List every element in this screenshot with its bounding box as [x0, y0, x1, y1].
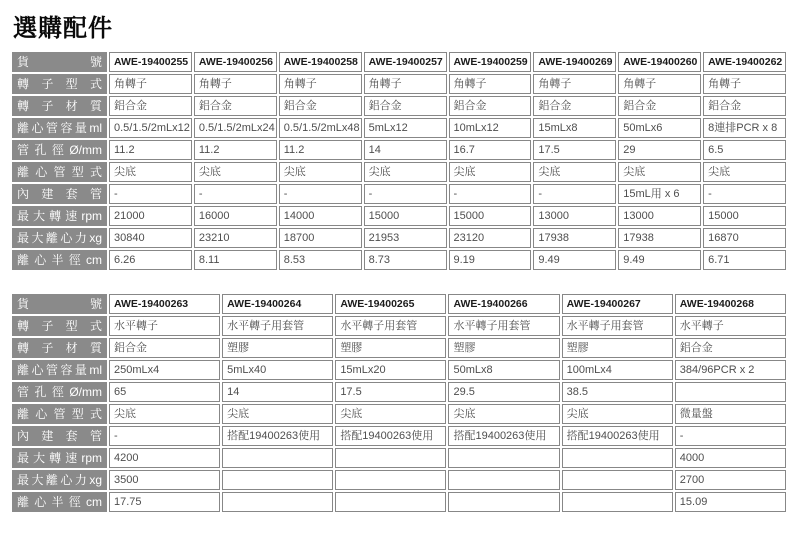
row-header: 最大離心力xg [12, 228, 107, 248]
value-cell [335, 492, 446, 512]
value-cell: - [364, 184, 447, 204]
value-cell: 尖底 [279, 162, 362, 182]
value-cell: 4000 [675, 448, 786, 468]
row-header: 轉子材質 [12, 96, 107, 116]
item-number-cell: AWE-19400268 [675, 294, 786, 314]
value-cell: 14000 [279, 206, 362, 226]
value-cell: 30840 [109, 228, 192, 248]
value-cell: 8.11 [194, 250, 277, 270]
table-row: 管孔徑Ø/mm651417.529.538.5 [12, 382, 786, 402]
value-cell: 塑膠 [562, 338, 673, 358]
value-cell: 8連排PCR x 8 [703, 118, 786, 138]
value-cell: 角轉子 [364, 74, 447, 94]
item-number-cell: AWE-19400259 [449, 52, 532, 72]
value-cell: 16000 [194, 206, 277, 226]
table-row: 轉子型式角轉子角轉子角轉子角轉子角轉子角轉子角轉子角轉子 [12, 74, 786, 94]
value-cell: 尖底 [222, 404, 333, 424]
value-cell: 21000 [109, 206, 192, 226]
value-cell: 6.71 [703, 250, 786, 270]
value-cell: 50mLx6 [618, 118, 701, 138]
value-cell: 2700 [675, 470, 786, 490]
value-cell: - [109, 184, 192, 204]
value-cell: 鋁合金 [675, 338, 786, 358]
value-cell: 100mLx4 [562, 360, 673, 380]
table-row: 離心管型式尖底尖底尖底尖底尖底尖底尖底尖底 [12, 162, 786, 182]
value-cell: 角轉子 [109, 74, 192, 94]
table-row: 最大離心力xg308402321018700219532312017938179… [12, 228, 786, 248]
value-cell: 9.19 [449, 250, 532, 270]
value-cell: 角轉子 [703, 74, 786, 94]
value-cell: 0.5/1.5/2mLx12 [109, 118, 192, 138]
value-cell: 65 [109, 382, 220, 402]
value-cell: 15mLx20 [335, 360, 446, 380]
row-header: 離心半徑cm [12, 250, 107, 270]
item-number-cell: AWE-19400264 [222, 294, 333, 314]
value-cell: 尖底 [335, 404, 446, 424]
value-cell [335, 448, 446, 468]
value-cell: 角轉子 [449, 74, 532, 94]
value-cell: 塑膠 [335, 338, 446, 358]
row-header: 離心管型式 [12, 404, 107, 424]
value-cell [448, 448, 559, 468]
value-cell: 塑膠 [222, 338, 333, 358]
value-cell: 4200 [109, 448, 220, 468]
table-row: 離心管容量ml250mLx45mLx4015mLx2050mLx8100mLx4… [12, 360, 786, 380]
value-cell: 29 [618, 140, 701, 160]
value-cell: - [449, 184, 532, 204]
value-cell: 15000 [449, 206, 532, 226]
value-cell: 角轉子 [618, 74, 701, 94]
value-cell: 鋁合金 [109, 96, 192, 116]
value-cell: 38.5 [562, 382, 673, 402]
value-cell: 尖底 [448, 404, 559, 424]
value-cell: 10mLx12 [449, 118, 532, 138]
table-row: 最大轉速rpm210001600014000150001500013000130… [12, 206, 786, 226]
value-cell: 尖底 [109, 162, 192, 182]
value-cell: 鋁合金 [279, 96, 362, 116]
value-cell: 15000 [364, 206, 447, 226]
table-row: 轉子材質鋁合金鋁合金鋁合金鋁合金鋁合金鋁合金鋁合金鋁合金 [12, 96, 786, 116]
value-cell: - [279, 184, 362, 204]
row-header: 轉子型式 [12, 316, 107, 336]
value-cell: 尖底 [449, 162, 532, 182]
value-cell: 384/96PCR x 2 [675, 360, 786, 380]
value-cell: 21953 [364, 228, 447, 248]
row-header: 離心管型式 [12, 162, 107, 182]
value-cell: 23210 [194, 228, 277, 248]
table-row: 轉子材質鋁合金塑膠塑膠塑膠塑膠鋁合金 [12, 338, 786, 358]
value-cell: 角轉子 [533, 74, 616, 94]
value-cell: 尖底 [618, 162, 701, 182]
value-cell: - [533, 184, 616, 204]
value-cell: 17938 [533, 228, 616, 248]
row-header: 管孔徑Ø/mm [12, 140, 107, 160]
value-cell: 15mLx8 [533, 118, 616, 138]
row-header: 離心管容量ml [12, 360, 107, 380]
value-cell: 0.5/1.5/2mLx24 [194, 118, 277, 138]
table-row: 轉子型式水平轉子水平轉子用套管水平轉子用套管水平轉子用套管水平轉子用套管水平轉子 [12, 316, 786, 336]
page: 選購配件 貨號AWE-19400255AWE-19400256AWE-19400… [0, 0, 800, 533]
table-row: 離心管型式尖底尖底尖底尖底尖底微量盤 [12, 404, 786, 424]
value-cell: 鋁合金 [364, 96, 447, 116]
value-cell: 角轉子 [194, 74, 277, 94]
value-cell: 13000 [618, 206, 701, 226]
value-cell [562, 470, 673, 490]
value-cell: 搭配19400263使用 [448, 426, 559, 446]
value-cell: 13000 [533, 206, 616, 226]
value-cell: 搭配19400263使用 [562, 426, 673, 446]
value-cell: 微量盤 [675, 404, 786, 424]
row-header: 內建套管 [12, 184, 107, 204]
value-cell: 6.26 [109, 250, 192, 270]
item-number-cell: AWE-19400257 [364, 52, 447, 72]
value-cell: 尖底 [364, 162, 447, 182]
value-cell: 15mL用 x 6 [618, 184, 701, 204]
table-row: 貨號AWE-19400255AWE-19400256AWE-19400258AW… [12, 52, 786, 72]
table-row: 內建套管------15mL用 x 6- [12, 184, 786, 204]
value-cell: 尖底 [194, 162, 277, 182]
value-cell: - [109, 426, 220, 446]
value-cell [675, 382, 786, 402]
row-header: 轉子型式 [12, 74, 107, 94]
value-cell: 水平轉子 [109, 316, 220, 336]
row-header: 離心半徑cm [12, 492, 107, 512]
value-cell: 鋁合金 [194, 96, 277, 116]
page-title: 選購配件 [13, 8, 113, 43]
value-cell: 水平轉子用套管 [335, 316, 446, 336]
value-cell: 水平轉子用套管 [448, 316, 559, 336]
value-cell [222, 492, 333, 512]
value-cell: 17.5 [533, 140, 616, 160]
value-cell: 17938 [618, 228, 701, 248]
value-cell: 5mLx12 [364, 118, 447, 138]
value-cell: 角轉子 [279, 74, 362, 94]
table-row: 最大轉速rpm42004000 [12, 448, 786, 468]
item-number-cell: AWE-19400262 [703, 52, 786, 72]
item-number-cell: AWE-19400267 [562, 294, 673, 314]
value-cell: 水平轉子用套管 [222, 316, 333, 336]
value-cell: 29.5 [448, 382, 559, 402]
value-cell: 14 [222, 382, 333, 402]
value-cell: 11.2 [279, 140, 362, 160]
horizontal-rotor-table: 貨號AWE-19400263AWE-19400264AWE-19400265AW… [10, 292, 788, 514]
value-cell: 5mLx40 [222, 360, 333, 380]
value-cell: 水平轉子用套管 [562, 316, 673, 336]
value-cell: 0.5/1.5/2mLx48 [279, 118, 362, 138]
item-number-cell: AWE-19400263 [109, 294, 220, 314]
value-cell [562, 448, 673, 468]
value-cell: 23120 [449, 228, 532, 248]
table-row: 貨號AWE-19400263AWE-19400264AWE-19400265AW… [12, 294, 786, 314]
value-cell: 尖底 [562, 404, 673, 424]
value-cell: 14 [364, 140, 447, 160]
value-cell [448, 492, 559, 512]
item-number-cell: AWE-19400260 [618, 52, 701, 72]
row-header: 管孔徑Ø/mm [12, 382, 107, 402]
row-header: 轉子材質 [12, 338, 107, 358]
row-header: 最大轉速rpm [12, 206, 107, 226]
value-cell: 8.53 [279, 250, 362, 270]
value-cell: 鋁合金 [618, 96, 701, 116]
table-row: 離心管容量ml0.5/1.5/2mLx120.5/1.5/2mLx240.5/1… [12, 118, 786, 138]
value-cell: 17.75 [109, 492, 220, 512]
item-number-cell: AWE-19400256 [194, 52, 277, 72]
value-cell: 11.2 [194, 140, 277, 160]
item-number-cell: AWE-19400265 [335, 294, 446, 314]
value-cell: 17.5 [335, 382, 446, 402]
value-cell: 搭配19400263使用 [222, 426, 333, 446]
value-cell: 鋁合金 [449, 96, 532, 116]
value-cell: - [194, 184, 277, 204]
value-cell: 搭配19400263使用 [335, 426, 446, 446]
row-header: 貨號 [12, 52, 107, 72]
item-number-cell: AWE-19400258 [279, 52, 362, 72]
table-row: 內建套管-搭配19400263使用搭配19400263使用搭配19400263使… [12, 426, 786, 446]
value-cell: 250mLx4 [109, 360, 220, 380]
value-cell: 15000 [703, 206, 786, 226]
row-header: 內建套管 [12, 426, 107, 446]
value-cell: 8.73 [364, 250, 447, 270]
value-cell: 9.49 [533, 250, 616, 270]
row-header: 貨號 [12, 294, 107, 314]
value-cell: 9.49 [618, 250, 701, 270]
value-cell [222, 470, 333, 490]
table-row: 最大離心力xg35002700 [12, 470, 786, 490]
value-cell [222, 448, 333, 468]
row-header: 最大離心力xg [12, 470, 107, 490]
value-cell: 16870 [703, 228, 786, 248]
value-cell: 18700 [279, 228, 362, 248]
row-header: 離心管容量ml [12, 118, 107, 138]
value-cell: - [703, 184, 786, 204]
angle-rotor-table: 貨號AWE-19400255AWE-19400256AWE-19400258AW… [10, 50, 788, 272]
value-cell [448, 470, 559, 490]
value-cell: 鋁合金 [109, 338, 220, 358]
value-cell: 尖底 [533, 162, 616, 182]
value-cell [335, 470, 446, 490]
table-row: 管孔徑Ø/mm11.211.211.21416.717.5296.5 [12, 140, 786, 160]
value-cell: 6.5 [703, 140, 786, 160]
value-cell: - [675, 426, 786, 446]
table-row: 離心半徑cm6.268.118.538.739.199.499.496.71 [12, 250, 786, 270]
value-cell: 15.09 [675, 492, 786, 512]
table-row: 離心半徑cm17.7515.09 [12, 492, 786, 512]
value-cell: 尖底 [109, 404, 220, 424]
value-cell: 3500 [109, 470, 220, 490]
value-cell: 50mLx8 [448, 360, 559, 380]
value-cell: 尖底 [703, 162, 786, 182]
item-number-cell: AWE-19400255 [109, 52, 192, 72]
value-cell: 鋁合金 [533, 96, 616, 116]
value-cell: 16.7 [449, 140, 532, 160]
value-cell [562, 492, 673, 512]
item-number-cell: AWE-19400269 [533, 52, 616, 72]
row-header: 最大轉速rpm [12, 448, 107, 468]
value-cell: 塑膠 [448, 338, 559, 358]
value-cell: 水平轉子 [675, 316, 786, 336]
value-cell: 鋁合金 [703, 96, 786, 116]
item-number-cell: AWE-19400266 [448, 294, 559, 314]
value-cell: 11.2 [109, 140, 192, 160]
